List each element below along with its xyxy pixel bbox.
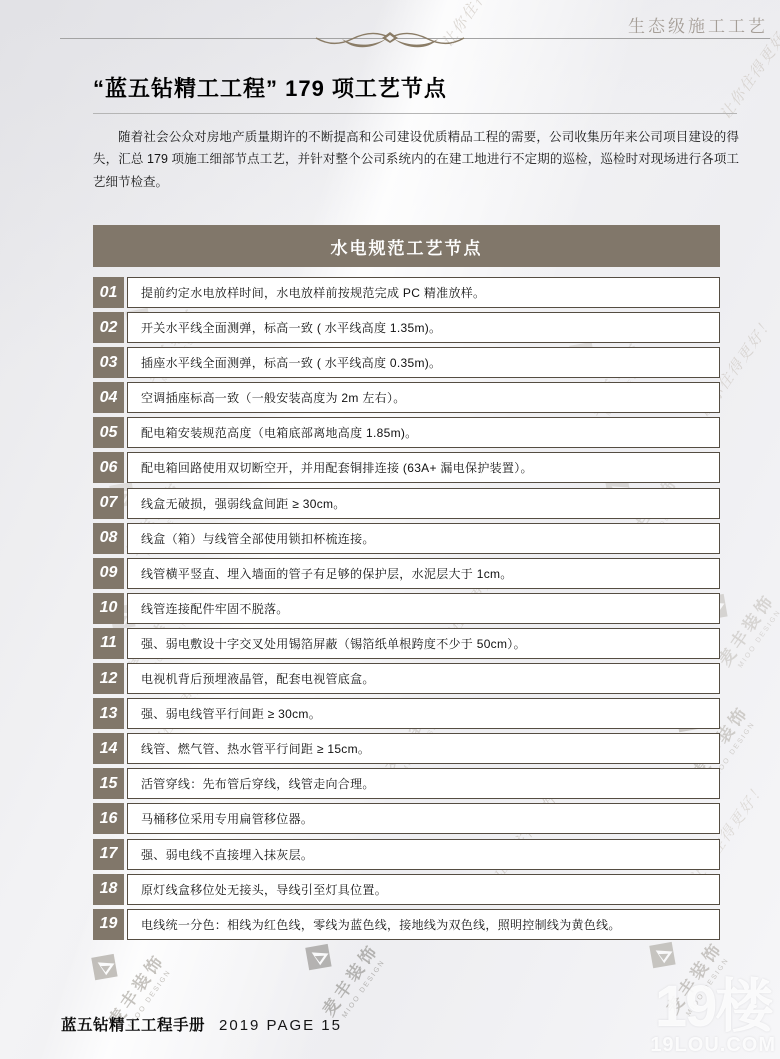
row-number: 08 xyxy=(93,523,124,554)
page-title: “蓝五钻精工工程” 179 项工艺节点 xyxy=(93,72,737,114)
brand-watermark-text-en: MIOO DESIGN xyxy=(341,958,387,1019)
row-number: 12 xyxy=(93,663,124,694)
row-text: 插座水平线全面测弹，标高一致 ( 水平线高度 0.35m)。 xyxy=(127,347,720,378)
brand-watermark-text: 麦丰装饰 xyxy=(315,937,384,1020)
row-text: 线盒无破损，强弱线盒间距 ≥ 30cm。 xyxy=(127,488,720,519)
row-number: 11 xyxy=(93,628,124,659)
row-text: 强、弱电敷设十字交叉处用锡箔屏蔽（锡箔纸单根跨度不少于 50cm）。 xyxy=(127,628,720,659)
row-number: 18 xyxy=(93,874,124,905)
site-watermark-domain: 19LOU.COM xyxy=(650,1034,776,1057)
row-number: 14 xyxy=(93,733,124,764)
brand-watermark-text-en: MIOO DESIGN xyxy=(685,956,731,1017)
footer-handbook-title: 蓝五钻精工工程手册 xyxy=(61,1013,205,1035)
row-text: 配电箱回路使用双切断空开，并用配套铜排连接 (63A+ 漏电保护装置）。 xyxy=(127,452,720,483)
row-text: 强、弱电线管平行间距 ≥ 30cm。 xyxy=(127,698,720,729)
table-row: 12 电视机背后预埋液晶管，配套电视管底盒。 xyxy=(93,663,720,694)
row-text: 配电箱安装规范高度（电箱底部离地高度 1.85m)。 xyxy=(127,417,720,448)
row-text: 空调插座标高一致（一般安装高度为 2m 左右）。 xyxy=(127,382,720,413)
flourish-ornament-icon xyxy=(312,26,468,52)
row-number: 02 xyxy=(93,312,124,343)
table-row: 13 强、弱电线管平行间距 ≥ 30cm。 xyxy=(93,698,720,729)
footer-page-number: 2019 PAGE 15 xyxy=(219,1017,342,1034)
row-number: 01 xyxy=(93,277,124,308)
table-row: 05 配电箱安装规范高度（电箱底部离地高度 1.85m)。 xyxy=(93,417,720,448)
table-row: 15 活管穿线：先布管后穿线，线管走向合理。 xyxy=(93,768,720,799)
chapter-header: 生态级施工工艺 xyxy=(628,12,768,37)
footer: 蓝五钻精工工程手册 2019 PAGE 15 xyxy=(61,1013,342,1035)
table-row: 19 电线统一分色：相线为红色线，零线为蓝色线，接地线为双色线，照明控制线为黄色… xyxy=(93,909,720,940)
row-number: 09 xyxy=(93,558,124,589)
brand-watermark-text: 麦丰装饰 xyxy=(711,587,780,670)
row-number: 05 xyxy=(93,417,124,448)
site-watermark-logo: 19楼 19LOU.COM xyxy=(650,978,776,1057)
table-row: 10 线管连接配件牢固不脱落。 xyxy=(93,593,720,624)
row-text: 马桶移位采用专用扁管移位器。 xyxy=(127,803,720,834)
row-text: 提前约定水电放样时间，水电放样前按规范完成 PC 精准放样。 xyxy=(127,277,720,308)
process-table-rows: 01 提前约定水电放样时间，水电放样前按规范完成 PC 精准放样。 02 开关水… xyxy=(93,277,720,940)
table-row: 09 线管横平竖直、埋入墙面的管子有足够的保护层，水泥层大于 1cm。 xyxy=(93,558,720,589)
row-number: 16 xyxy=(93,803,124,834)
row-number: 13 xyxy=(93,698,124,729)
table-row: 18 原灯线盒移位处无接头，导线引至灯具位置。 xyxy=(93,874,720,905)
row-text: 线管横平竖直、埋入墙面的管子有足够的保护层，水泥层大于 1cm。 xyxy=(127,558,720,589)
brand-diamond-logo-icon xyxy=(75,938,133,996)
table-row: 16 马桶移位采用专用扁管移位器。 xyxy=(93,803,720,834)
row-text: 电视机背后预埋液晶管，配套电视管底盒。 xyxy=(127,663,720,694)
row-number: 03 xyxy=(93,347,124,378)
row-text: 线管、燃气管、热水管平行间距 ≥ 15cm。 xyxy=(127,733,720,764)
table-row: 06 配电箱回路使用双切断空开，并用配套铜排连接 (63A+ 漏电保护装置）。 xyxy=(93,452,720,483)
row-number: 10 xyxy=(93,593,124,624)
row-text: 开关水平线全面测弹，标高一致 ( 水平线高度 1.35m)。 xyxy=(127,312,720,343)
table-row: 17 强、弱电线不直接埋入抹灰层。 xyxy=(93,839,720,870)
row-number: 15 xyxy=(93,768,124,799)
row-number: 04 xyxy=(93,382,124,413)
table-row: 02 开关水平线全面测弹，标高一致 ( 水平线高度 1.35m)。 xyxy=(93,312,720,343)
table-row: 08 线盒（箱）与线管全部使用锁扣杯梳连接。 xyxy=(93,523,720,554)
brand-watermark-text: 麦丰装饰 xyxy=(659,935,728,1018)
table-row: 01 提前约定水电放样时间，水电放样前按规范完成 PC 精准放样。 xyxy=(93,277,720,308)
process-table: 水电规范工艺节点 01 提前约定水电放样时间，水电放样前按规范完成 PC 精准放… xyxy=(93,225,720,944)
row-text: 强、弱电线不直接埋入抹灰层。 xyxy=(127,839,720,870)
table-row: 14 线管、燃气管、热水管平行间距 ≥ 15cm。 xyxy=(93,733,720,764)
row-text: 线盒（箱）与线管全部使用锁扣杯梳连接。 xyxy=(127,523,720,554)
table-row: 04 空调插座标高一致（一般安装高度为 2m 左右）。 xyxy=(93,382,720,413)
row-number: 17 xyxy=(93,839,124,870)
row-text: 电线统一分色：相线为红色线，零线为蓝色线，接地线为双色线，照明控制线为黄色线。 xyxy=(127,909,720,940)
handbook-page: { "page": { "header_right": "生态级施工工艺", "… xyxy=(0,0,780,1059)
intro-paragraph: 随着社会公众对房地产质量期许的不断提高和公司建设优质精品工程的需要，公司收集历年… xyxy=(93,126,739,193)
row-text: 线管连接配件牢固不脱落。 xyxy=(127,593,720,624)
table-row: 11 强、弱电敷设十字交叉处用锡箔屏蔽（锡箔纸单根跨度不少于 50cm）。 xyxy=(93,628,720,659)
table-row: 03 插座水平线全面测弹，标高一致 ( 水平线高度 0.35m)。 xyxy=(93,347,720,378)
brand-watermark-text-en: MIOO DESIGN xyxy=(737,608,780,669)
row-text: 活管穿线：先布管后穿线，线管走向合理。 xyxy=(127,768,720,799)
process-table-title: 水电规范工艺节点 xyxy=(93,225,720,267)
table-row: 07 线盒无破损，强弱线盒间距 ≥ 30cm。 xyxy=(93,488,720,519)
row-number: 06 xyxy=(93,452,124,483)
site-watermark-text: 19楼 xyxy=(650,978,776,1036)
row-number: 07 xyxy=(93,488,124,519)
row-text: 原灯线盒移位处无接头，导线引至灯具位置。 xyxy=(127,874,720,905)
row-number: 19 xyxy=(93,909,124,940)
